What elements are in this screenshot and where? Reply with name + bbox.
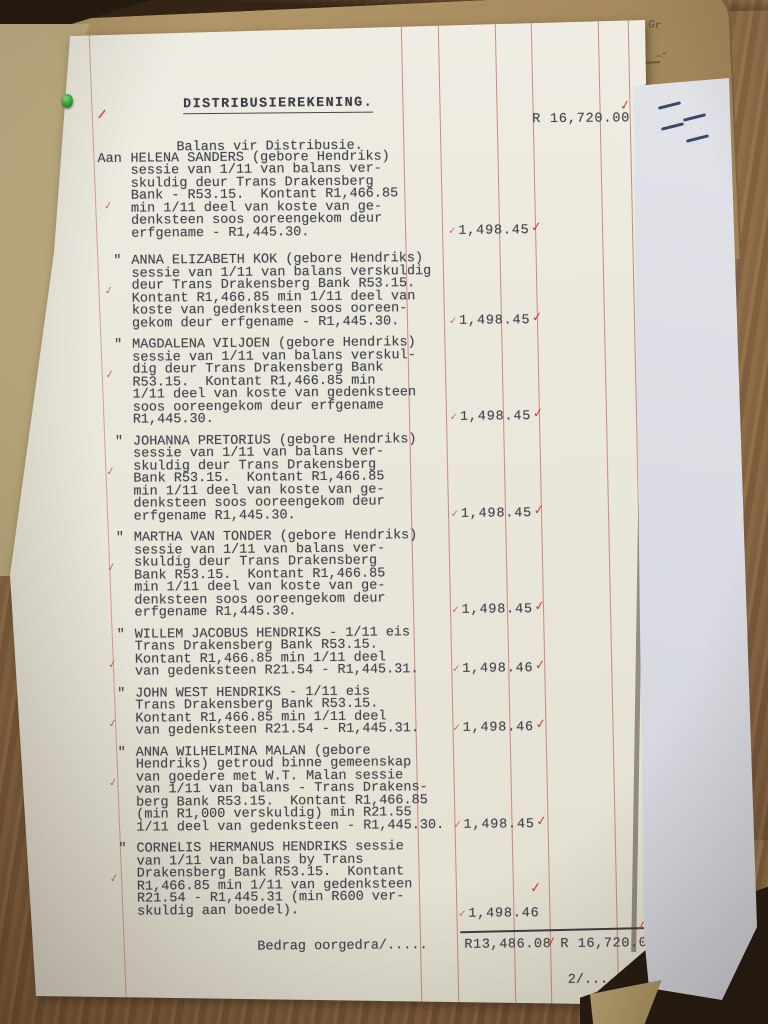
audit-check-icon: ✓ <box>105 465 117 479</box>
amount-value: 1,498.45 <box>459 313 530 329</box>
entry-lines: JOHANNA PRETORIUS (gebore Hendriks)sessi… <box>133 432 667 524</box>
entry-amount: ✓1,498.46✓ <box>458 908 540 921</box>
amount-value: 1,498.45 <box>458 223 529 239</box>
audit-check-icon: ✓ <box>449 315 458 326</box>
entry-amount: ✓1,498.45✓ <box>451 507 546 521</box>
photo-of-ledger-document: Gr ~° DISTRIBUSIEREKENING. Balans vir Di… <box>0 0 768 1024</box>
entry-lines: WILLEM JACOBUS HENDRIKS - 1/11 eisTrans … <box>135 625 668 680</box>
audit-check-icon: ✓ <box>532 311 545 325</box>
blue-pen-mark <box>658 101 681 110</box>
entry-prefix: " <box>116 533 124 546</box>
document-title: DISTRIBUSIEREKENING. <box>183 98 373 114</box>
audit-check-icon: ✓ <box>453 819 462 830</box>
entries-container: ✓AanHELENA SANDERS (gebore Hendriks)sess… <box>95 149 670 919</box>
entry-lines: CORNELIS HERMANUS HENDRIKS sessievan 1/1… <box>136 839 670 919</box>
ledger-entry: ✓AanHELENA SANDERS (gebore Hendriks)sess… <box>95 149 664 241</box>
audit-check-icon: ✓ <box>534 601 547 615</box>
entry-prefix: " <box>114 340 122 353</box>
entry-line: erfgename R1,445.30. <box>134 507 667 524</box>
ledger-entry: ✓"MARTHA VAN TONDER (gebore Hendriks)ses… <box>99 528 668 620</box>
ledger-entry: ✓"ANNA ELIZABETH KOK (gebore Hendriks)se… <box>96 251 665 331</box>
audit-check-icon: ✓ <box>531 221 544 235</box>
entry-lines: MARTHA VAN TONDER (gebore Hendriks)sessi… <box>134 528 668 620</box>
audit-check-icon: ✓ <box>450 412 459 423</box>
entry-prefix: " <box>115 436 123 449</box>
blue-pen-mark <box>683 113 706 122</box>
amount-value: 1,498.45 <box>461 506 532 522</box>
amount-value: 1,498.45 <box>463 817 534 833</box>
amount-value: 1,498.46 <box>468 906 539 922</box>
audit-check-icon: ✓ <box>532 408 545 422</box>
typed-content: DISTRIBUSIEREKENING. Balans vir Distribu… <box>95 95 671 1011</box>
audit-check-icon: ✓ <box>103 199 115 213</box>
total-amount: R 16,720.00 <box>560 938 656 951</box>
amount-value: 1,498.46 <box>463 720 534 736</box>
ledger-entry: ✓"MAGDALENA VILJOEN (gebore Hendriks)ses… <box>97 335 666 427</box>
entry-line: 1/11 deel van gedenksteen - R1,445.30. <box>136 818 669 835</box>
entry-prefix: " <box>118 844 126 857</box>
entry-amount: ✓1,498.45✓ <box>449 314 544 328</box>
ledger-entry: ✓"ANNA WILHELMINA MALAN (geboreHendriks)… <box>101 743 670 835</box>
audit-check-icon: ✓ <box>452 723 461 734</box>
audit-check-icon: ✓ <box>451 508 460 519</box>
entry-amount: ✓1,498.45✓ <box>451 603 546 617</box>
entry-prefix: " <box>118 747 126 760</box>
entry-prefix: Aan <box>97 153 121 166</box>
amount-value: 1,498.46 <box>462 661 533 677</box>
entry-line: R1,445.30. <box>133 410 666 427</box>
carry-forward-amount: R13,486.08 <box>464 939 551 952</box>
audit-check-icon: ✓ <box>535 660 548 674</box>
amount-value: 1,498.45 <box>462 602 533 618</box>
ledger-entry: ✓"JOHN WEST HENDRIKS - 1/11 eisTrans Dra… <box>100 684 668 739</box>
audit-check-icon: ✓ <box>545 936 558 950</box>
entry-lines: HELENA SANDERS (gebore Hendriks)sessie v… <box>130 149 664 241</box>
audit-check-icon: ✓ <box>448 225 457 236</box>
audit-check-icon: ✓ <box>107 658 119 672</box>
amount-value: 1,498.45 <box>460 409 531 425</box>
entry-amount: ✓1,498.45✓ <box>453 818 548 832</box>
entry-prefix: " <box>117 629 125 642</box>
entry-line: van gedenksteen R21.54 - R1,445.31. <box>135 721 668 738</box>
entry-line: van gedenksteen R21.54 - R1,445.31. <box>135 662 668 679</box>
entry-amount: ✓1,498.46✓ <box>452 662 547 676</box>
balance-row: Balans vir Distribusie. R 16,720.00✓ <box>95 126 663 144</box>
audit-check-icon: ✓ <box>458 908 467 919</box>
ledger-entry: ✓"JOHANNA PRETORIUS (gebore Hendriks)ses… <box>98 432 667 524</box>
entry-line: gekom deur erfgename - R1,445.30. <box>132 314 665 331</box>
audit-check-icon: ✓ <box>529 881 543 895</box>
entry-amount: ✓1,498.45✓ <box>448 224 543 238</box>
balance-amount: R 16,720.00✓ <box>532 113 630 126</box>
ledger-entry: ✓"WILLEM JACOBUS HENDRIKS - 1/11 eisTran… <box>100 625 668 680</box>
entry-amount: ✓1,498.46✓ <box>452 721 547 735</box>
entry-lines: ANNA WILHELMINA MALAN (geboreHendriks) g… <box>136 743 670 835</box>
audit-check-icon: ✓ <box>108 776 120 790</box>
entry-prefix: " <box>117 688 125 701</box>
entry-lines: MAGDALENA VILJOEN (gebore Hendriks)sessi… <box>132 335 666 427</box>
audit-check-icon: ✓ <box>536 815 549 829</box>
audit-check-icon: ✓ <box>533 504 546 518</box>
audit-check-icon: ✓ <box>535 719 548 733</box>
audit-check-icon: ✓ <box>107 717 119 731</box>
audit-check-icon: ✓ <box>109 872 121 886</box>
audit-check-icon: ✓ <box>452 664 461 675</box>
green-pin <box>62 94 73 108</box>
audit-check-icon: ✓ <box>619 99 633 113</box>
entry-amount: ✓1,498.45✓ <box>450 410 545 424</box>
entry-prefix: " <box>113 256 121 269</box>
entry-line: erfgename R1,445.30. <box>134 603 667 620</box>
entry-lines: ANNA ELIZABETH KOK (gebore Hendriks)sess… <box>131 251 665 331</box>
entry-line: erfgename - R1,445.30. <box>131 224 664 241</box>
audit-check-icon: ✓ <box>104 368 116 382</box>
audit-check-icon: ✓ <box>106 561 118 575</box>
audit-check-icon: ✓ <box>451 605 460 616</box>
blue-pen-mark <box>686 134 709 143</box>
ledger-entry: ✓"CORNELIS HERMANUS HENDRIKS sessievan 1… <box>101 839 670 919</box>
blue-pen-mark <box>661 122 684 131</box>
carry-forward-label: Bedrag oorgedra/..... <box>257 940 427 954</box>
entry-lines: JOHN WEST HENDRIKS - 1/11 eisTrans Drake… <box>135 684 668 739</box>
audit-check-icon: ✓ <box>103 284 115 298</box>
